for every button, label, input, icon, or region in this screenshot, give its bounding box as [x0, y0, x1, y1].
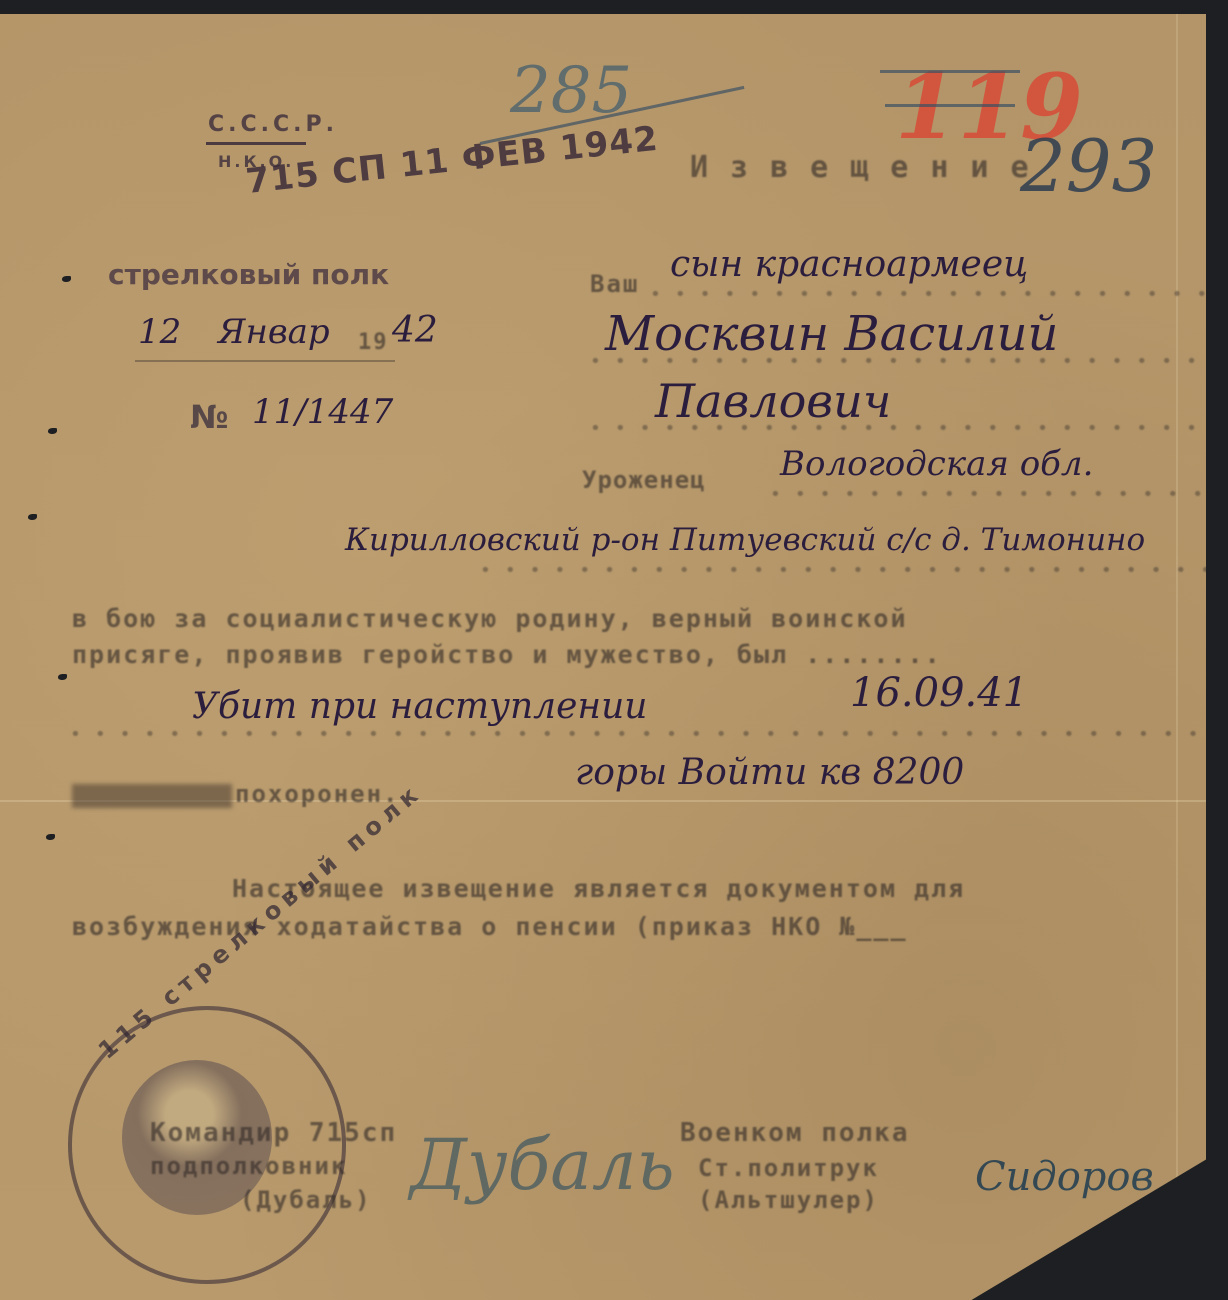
punch-hole — [58, 674, 67, 680]
commander-line2: подполковник — [150, 1152, 347, 1180]
strikethrough-line — [885, 104, 1015, 107]
number-label: № — [190, 398, 229, 436]
typed-overstrike — [72, 784, 232, 808]
native-label: Уроженец — [582, 466, 706, 494]
commander-line3: (Дубаль) — [240, 1186, 372, 1214]
date-underline — [135, 360, 395, 362]
dotted-line: •••••••••••••••••••••••••••••• — [590, 351, 1228, 372]
commissar-signature: Сидоров — [975, 1154, 1154, 1200]
punch-hole — [28, 514, 37, 520]
punch-hole — [62, 276, 71, 282]
death-note: Убит при наступлении — [192, 686, 647, 727]
native-place: Кирилловский р-он Питуевский с/с д. Тимо… — [345, 522, 1145, 558]
dotted-line: ••••••••••••••••••••••••••••••••••••••••… — [70, 724, 1228, 745]
body-text-line2: присяге, проявив геройство и мужество, б… — [72, 640, 942, 669]
punch-hole — [48, 428, 57, 434]
pension-text-line1: Настоящее извещение является документом … — [232, 874, 965, 903]
document-sheet: С.С.С.Р. Н.К.О. 715 СП 11 ФЕВ 1942 стрел… — [0, 14, 1206, 1300]
unit-stamp: стрелковый полк — [108, 258, 389, 291]
document-number: 11/1447 — [252, 392, 393, 432]
dotted-line: •••••••••••••••••••••••••• — [650, 284, 1228, 305]
issue-day: 12 — [138, 312, 181, 352]
commissar-line3: (Альтшулер) — [698, 1186, 879, 1214]
recipient-relation: сын красноармеец — [670, 244, 1028, 285]
dotted-line: •••••••••••••••••••••••• — [770, 484, 1228, 505]
commissar-line2: Ст.политрук — [698, 1154, 879, 1182]
stamp-divider — [206, 142, 306, 145]
native-region: Вологодская обл. — [780, 444, 1093, 484]
recipient-prefix: Ваш — [590, 270, 639, 298]
fold-crease-vertical — [1176, 14, 1178, 1300]
issue-year-suffix: 42 — [392, 310, 438, 351]
burial-place: горы Войти кв 8200 — [575, 752, 964, 793]
pension-text-line2: возбуждения ходатайства о пенсии (приказ… — [72, 912, 908, 941]
commissar-line1: Военком полка — [680, 1118, 910, 1148]
commander-signature: Дубаль — [410, 1124, 675, 1206]
commander-line1: Командир 715сп — [150, 1118, 397, 1149]
dotted-line: •••••••••••••••••••••••••••••••••• — [480, 560, 1228, 581]
strikethrough-line — [880, 70, 1020, 73]
dotted-line: •••••••••••••••••••••••••••••• — [590, 418, 1228, 439]
issue-year-prefix: 19 — [358, 330, 389, 355]
death-date: 16.09.41 — [850, 670, 1028, 716]
document-title: Извещение — [690, 150, 1051, 185]
stamp-org-line1: С.С.С.Р. — [208, 112, 338, 137]
archive-number-blue: 285 — [510, 54, 632, 128]
burial-label: похоронен. — [235, 780, 400, 808]
body-text-line1: в бою за социалистическую родину, верный… — [72, 604, 908, 633]
punch-hole — [46, 834, 55, 840]
issue-month: Январ — [218, 312, 330, 352]
